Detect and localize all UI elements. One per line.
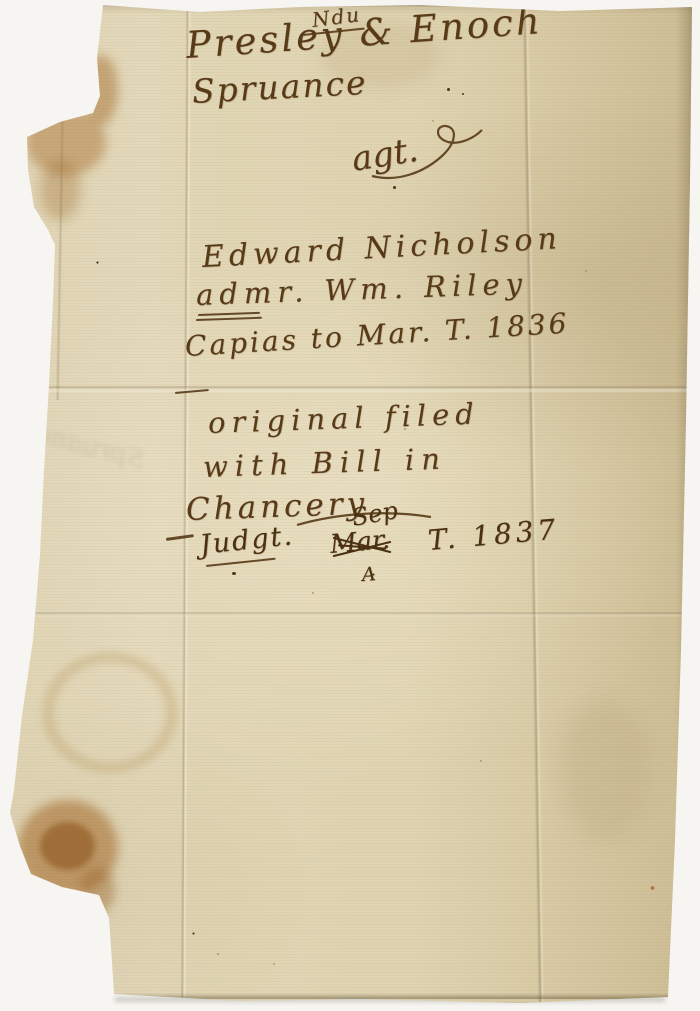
handwriting-judgment-caret: A bbox=[361, 563, 376, 586]
fold-crease-horizontal-lower bbox=[15, 612, 690, 617]
handwriting-judgment-date: T. 1837 bbox=[427, 513, 561, 557]
toning-stain-right bbox=[560, 700, 650, 840]
judgment-prefix-dash bbox=[166, 534, 194, 540]
stain-bottom-left-tail bbox=[80, 868, 115, 913]
paper-top-edge-line bbox=[95, 2, 695, 8]
handwriting-note-2: with Bill in bbox=[202, 441, 447, 483]
stain-top-left-edge bbox=[84, 55, 118, 125]
ink-dot bbox=[232, 572, 236, 575]
handwriting-capias: Capias to Mar. T. 1836 bbox=[184, 307, 570, 363]
handwriting-plaintiff-2: Spruance bbox=[191, 63, 369, 111]
fold-crease-vertical-right bbox=[522, 0, 545, 1011]
fold-crease-vertical-faint bbox=[56, 120, 65, 400]
ink-dot bbox=[462, 93, 464, 95]
handwriting-plaintiff-1: Presley & Enoch bbox=[185, 0, 544, 67]
ink-dot bbox=[393, 186, 396, 189]
water-ring-stain bbox=[40, 650, 180, 775]
separator-dash bbox=[175, 389, 209, 394]
underline-admr-1 bbox=[198, 312, 260, 316]
stain-bottom-left-blotch bbox=[18, 800, 118, 895]
stain-bottom-left-core bbox=[40, 822, 95, 870]
underline-admr-2 bbox=[196, 317, 262, 321]
document-scan: Spruance Ndu Presley & Enoch Spruance ag… bbox=[0, 0, 700, 1011]
handwriting-note-1: original filed bbox=[207, 397, 480, 440]
paper-right-edge-shading bbox=[676, 0, 692, 1011]
fold-crease-horizontal-upper bbox=[20, 386, 690, 393]
paper-sheet: Spruance Ndu Presley & Enoch Spruance ag… bbox=[0, 0, 700, 1011]
judgment-term-struck-group: Mar. bbox=[330, 528, 394, 566]
stain-torn-flap bbox=[26, 108, 106, 176]
paper-bottom-edge-line bbox=[110, 993, 670, 999]
versus-flourish bbox=[368, 118, 488, 188]
show-through-writing: Spruance bbox=[18, 415, 147, 475]
handwriting-defendant-2: admr. Wm. Riley bbox=[195, 266, 528, 312]
ink-dot bbox=[447, 88, 450, 91]
stain-torn-flap-lower bbox=[40, 160, 80, 220]
